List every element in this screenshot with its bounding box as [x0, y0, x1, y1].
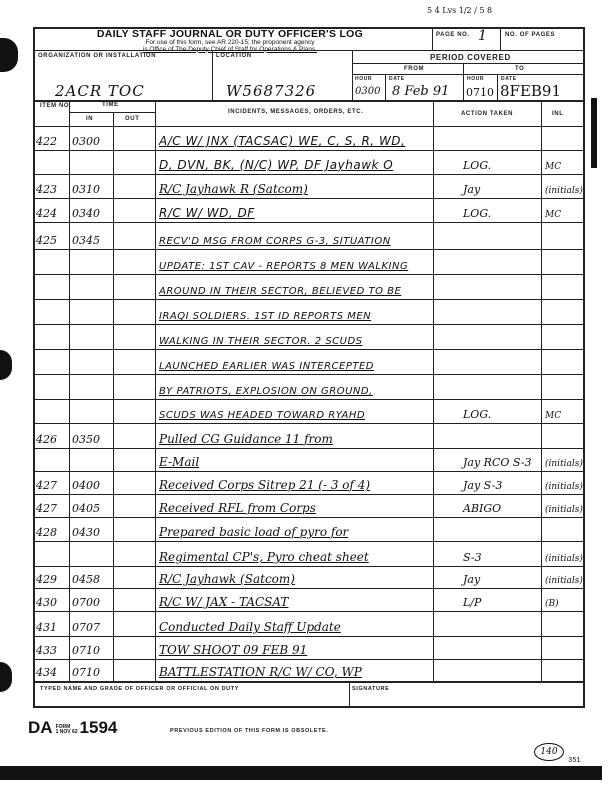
inl-cell: (initials)	[545, 459, 583, 469]
action-cell: Jay	[463, 183, 480, 196]
incident-cell: R/C Jayhawk R (Satcom)	[159, 182, 308, 196]
from-hour-label: HOUR	[355, 76, 372, 82]
to-date-value: 8FEB91	[500, 82, 561, 100]
time-in-cell: 0700	[72, 596, 100, 609]
no-of-pages-label: NO. OF PAGES	[505, 32, 555, 38]
time-in-cell: 0400	[72, 479, 100, 492]
top-note: 5 4 Lvs 1/2 / 5 8	[427, 6, 492, 15]
inl-cell: (B)	[545, 599, 559, 609]
item-no-cell: 426	[36, 433, 57, 446]
inl-cell: MC	[545, 162, 561, 172]
signature-label: SIGNATURE	[352, 686, 389, 692]
form-id: DA FORM 1 NOV 62 1594	[28, 718, 117, 738]
table-row: 4310707Conducted Daily Staff Update	[33, 612, 585, 637]
table-row: 4270405Received RFL from CorpsABIGO(init…	[33, 495, 585, 518]
action-cell: LOG.	[463, 207, 491, 220]
incident-cell: Received RFL from Corps	[159, 501, 316, 515]
time-header: TIME	[102, 102, 119, 108]
inl-header: INL	[552, 111, 563, 117]
time-in-cell: 0405	[72, 502, 100, 515]
table-row: UPDATE: 1ST CAV - REPORTS 8 MEN WALKING	[33, 250, 585, 275]
table-row: BY PATRIOTS, EXPLOSION ON GROUND,	[33, 375, 585, 400]
action-cell: S-3	[463, 551, 482, 564]
incident-cell: A/C W/ JNX (TACSAC) WE, C, S, R, WD,	[159, 134, 405, 148]
table-row: IRAQI SOLDIERS. 1ST ID REPORTS MEN	[33, 300, 585, 325]
from-label: FROM	[404, 66, 424, 72]
form-number: 1594	[80, 718, 118, 738]
inl-cell: MC	[545, 210, 561, 220]
table-row: 4280430Prepared basic load of pyro for	[33, 518, 585, 542]
item-no-cell: 424	[36, 207, 57, 220]
time-in-cell: 0310	[72, 183, 100, 196]
action-cell: LOG.	[463, 408, 491, 421]
form-date: 1 NOV 62	[56, 730, 78, 735]
page-number: 351	[568, 757, 581, 765]
inl-cell: (initials)	[545, 186, 583, 196]
incident-cell: WALKING IN THEIR SECTOR. 2 SCUDS	[159, 336, 363, 347]
incident-cell: IRAQI SOLDIERS. 1ST ID REPORTS MEN	[159, 311, 371, 322]
incident-cell: AROUND IN THEIR SECTOR, BELIEVED TO BE	[159, 286, 401, 297]
time-in-cell: 0340	[72, 207, 100, 220]
incident-cell: Received Corps Sitrep 21 (- 3 of 4)	[159, 478, 370, 492]
item-no-header: ITEM NO.	[40, 103, 71, 109]
inl-cell: MC	[545, 411, 561, 421]
punch-hole-mark	[0, 350, 12, 380]
obsolete-note: PREVIOUS EDITION OF THIS FORM IS OBSOLET…	[170, 728, 328, 734]
inl-cell: (initials)	[545, 554, 583, 564]
table-row: 4250345RECV'D MSG FROM CORPS G-3, SITUAT…	[33, 223, 585, 250]
incident-cell: UPDATE: 1ST CAV - REPORTS 8 MEN WALKING	[159, 261, 408, 272]
form-da: DA	[28, 718, 53, 738]
item-no-cell: 427	[36, 479, 57, 492]
time-in-cell: 0710	[72, 644, 100, 657]
table-row: 4230310R/C Jayhawk R (Satcom)Jay(initial…	[33, 175, 585, 199]
action-cell: Jay	[463, 573, 480, 586]
org-label: ORGANIZATION OR INSTALLATION	[38, 53, 156, 59]
table-row: AROUND IN THEIR SECTOR, BELIEVED TO BE	[33, 275, 585, 300]
time-in-cell: 0300	[72, 135, 100, 148]
item-no-cell: 433	[36, 644, 57, 657]
time-in-cell: 0430	[72, 526, 100, 539]
page-no-value: 1	[478, 28, 487, 44]
incident-cell: E-Mail	[159, 455, 199, 469]
table-row: WALKING IN THEIR SECTOR. 2 SCUDS	[33, 325, 585, 350]
incident-cell: TOW SHOOT 09 FEB 91	[159, 643, 307, 657]
incident-cell: BATTLESTATION R/C W/ CO, WP	[159, 665, 362, 679]
from-date-label: DATE	[389, 76, 405, 82]
item-no-cell: 427	[36, 502, 57, 515]
table-row: E-MailJay RCO S-3(initials)	[33, 449, 585, 472]
action-cell: L/P	[463, 596, 481, 609]
incident-cell: Conducted Daily Staff Update	[159, 620, 341, 634]
action-cell: ABIGO	[463, 502, 501, 515]
item-no-cell: 423	[36, 183, 57, 196]
scan-edge-mark	[591, 98, 597, 168]
incident-cell: Pulled CG Guidance 11 from	[159, 432, 333, 446]
punch-hole-mark	[0, 38, 18, 72]
incident-cell: Regimental CP's, Pyro cheat sheet	[159, 550, 369, 564]
action-header: ACTION TAKEN	[461, 111, 513, 117]
incident-cell: R/C W/ JAX - TACSAT	[159, 595, 288, 609]
to-hour-value: 0710	[466, 86, 494, 99]
incidents-header: INCIDENTS, MESSAGES, ORDERS, ETC.	[228, 109, 363, 115]
inl-cell: (initials)	[545, 576, 583, 586]
table-row: 4290458R/C Jayhawk (Satcom)Jay(initials)	[33, 567, 585, 589]
time-in-cell: 0458	[72, 573, 100, 586]
table-row: 4330710TOW SHOOT 09 FEB 91	[33, 637, 585, 660]
inl-cell: (initials)	[545, 505, 583, 515]
incident-cell: Prepared basic load of pyro for	[159, 525, 348, 539]
to-hour-label: HOUR	[467, 76, 484, 82]
table-row: 4260350Pulled CG Guidance 11 from	[33, 424, 585, 449]
table-row: D, DVN, BK, (N/C) WP, DF Jayhawk OLOG.MC	[33, 151, 585, 175]
action-cell: LOG.	[463, 159, 491, 172]
officer-name-label: TYPED NAME AND GRADE OF OFFICER OR OFFIC…	[40, 686, 239, 692]
inl-cell: (initials)	[545, 482, 583, 492]
table-row: Regimental CP's, Pyro cheat sheetS-3(ini…	[33, 542, 585, 567]
incident-cell: R/C W/ WD, DF	[159, 206, 255, 220]
page-stamp: 140	[534, 743, 564, 761]
item-no-cell: 434	[36, 666, 57, 679]
incident-cell: LAUNCHED EARLIER WAS INTERCEPTED	[159, 361, 374, 372]
item-no-cell: 425	[36, 234, 57, 247]
time-in-header: IN	[86, 116, 93, 122]
from-hour-value: 0300	[355, 86, 380, 97]
location-value: W5687326	[226, 82, 316, 100]
table-row: 4220300A/C W/ JNX (TACSAC) WE, C, S, R, …	[33, 126, 585, 151]
location-label: LOCATION	[216, 53, 252, 59]
incident-cell: RECV'D MSG FROM CORPS G-3, SITUATION	[159, 236, 391, 247]
item-no-cell: 430	[36, 596, 57, 609]
table-row: 4300700R/C W/ JAX - TACSATL/P(B)	[33, 589, 585, 612]
incident-cell: R/C Jayhawk (Satcom)	[159, 572, 295, 586]
table-row: 4270400Received Corps Sitrep 21 (- 3 of …	[33, 472, 585, 495]
action-cell: Jay S-3	[463, 479, 502, 492]
item-no-cell: 429	[36, 573, 57, 586]
table-row: 4240340R/C W/ WD, DFLOG.MC	[33, 199, 585, 223]
time-in-cell: 0707	[72, 621, 100, 634]
item-no-cell: 422	[36, 135, 57, 148]
from-date-value: 8 Feb 91	[392, 84, 449, 99]
page-no-label: PAGE NO.	[436, 32, 470, 38]
time-out-header: OUT	[125, 116, 139, 122]
to-label: TO	[515, 66, 524, 72]
org-value: 2ACR TOC	[55, 82, 145, 100]
incident-cell: BY PATRIOTS, EXPLOSION ON GROUND,	[159, 386, 373, 397]
incident-cell: SCUDS WAS HEADED TOWARD RYAHD	[159, 410, 365, 421]
table-row: 4340710BATTLESTATION R/C W/ CO, WP	[33, 660, 585, 682]
punch-hole-mark	[0, 662, 12, 692]
time-in-cell: 0345	[72, 234, 100, 247]
table-row: LAUNCHED EARLIER WAS INTERCEPTED	[33, 350, 585, 375]
time-in-cell: 0710	[72, 666, 100, 679]
time-in-cell: 0350	[72, 433, 100, 446]
table-row: SCUDS WAS HEADED TOWARD RYAHDLOG.MC	[33, 400, 585, 424]
action-cell: Jay RCO S-3	[463, 456, 532, 469]
scan-bottom-bar	[0, 766, 602, 780]
incident-cell: D, DVN, BK, (N/C) WP, DF Jayhawk O	[159, 158, 393, 172]
item-no-cell: 431	[36, 621, 57, 634]
period-covered-label: PERIOD COVERED	[430, 53, 511, 62]
item-no-cell: 428	[36, 526, 57, 539]
